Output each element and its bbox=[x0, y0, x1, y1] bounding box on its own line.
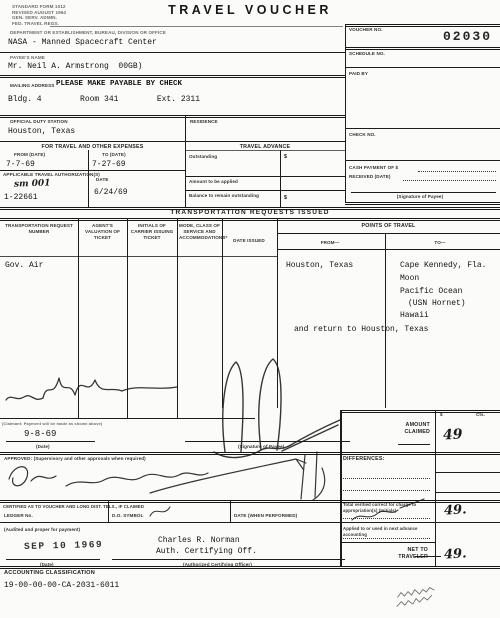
handwriting-overlay bbox=[0, 0, 500, 618]
approval-signatures bbox=[9, 452, 325, 500]
armstrong-signature bbox=[6, 378, 177, 400]
illegible-stamp bbox=[395, 587, 436, 606]
certifying-initials bbox=[150, 499, 424, 520]
payee-signature-flourish bbox=[214, 359, 340, 458]
travel-voucher-document: STANDARD FORM 1012 REVISED AUGUST 1964 G… bbox=[0, 0, 500, 618]
